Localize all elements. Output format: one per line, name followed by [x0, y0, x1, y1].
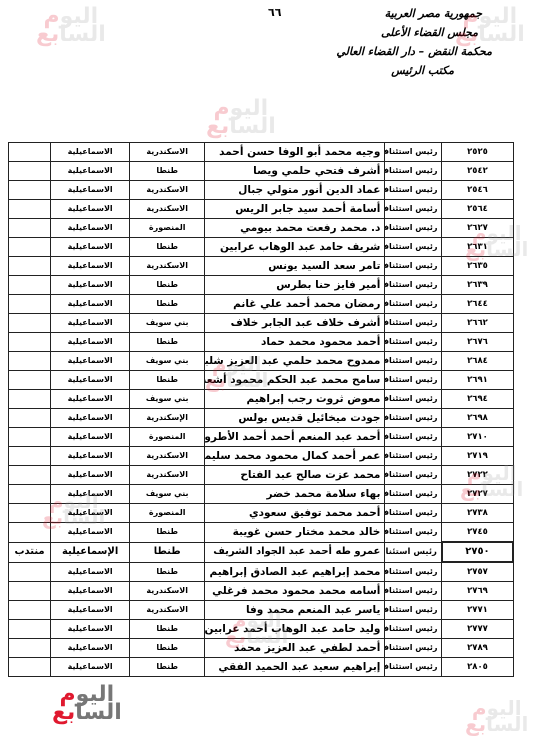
- watermark-text: السا: [486, 712, 528, 736]
- watermark-text: اليو: [230, 96, 269, 121]
- judge-name-cell: معوض ثروت رجب إبراهيم: [205, 390, 385, 409]
- judge-title-cell: رئيس استئناف: [385, 523, 442, 543]
- note-cell: [9, 314, 51, 333]
- judges-table-body: ٢٥٢٥رئيس استئنافوجيه محمد أبو الوفا حسن …: [9, 143, 514, 677]
- destination-court-cell: الاسماعيلية: [51, 181, 130, 200]
- judges-table: ٢٥٢٥رئيس استئنافوجيه محمد أبو الوفا حسن …: [8, 142, 514, 677]
- seniority-number-cell: ٢٦٩٨: [442, 409, 513, 428]
- table-row: ٢٧٤٥رئيس استئنافخالد محمد مختار حسن غويب…: [9, 523, 514, 543]
- judge-title-cell: رئيس استئناف: [385, 428, 442, 447]
- judge-name-cell: إبراهيم سعيد عبد الحميد الفقي: [205, 658, 385, 677]
- destination-court-cell: الاسماعيلية: [51, 620, 130, 639]
- origin-court-cell: طنطا: [130, 620, 205, 639]
- destination-court-cell: الاسماعيلية: [51, 466, 130, 485]
- note-cell: [9, 562, 51, 582]
- judge-name-cell: أسامة أحمد سيد جابر الريس: [205, 200, 385, 219]
- origin-court-cell: طنطا: [130, 562, 205, 582]
- seniority-number-cell: ٢٧٦٩: [442, 582, 513, 601]
- table-row: ٢٧٢٢رئيس استئنافمحمد عزت صالح عبد الفتاح…: [9, 466, 514, 485]
- destination-court-cell: الاسماعيلية: [51, 295, 130, 314]
- origin-court-cell: الاسكندرية: [130, 582, 205, 601]
- watermark-accent: م: [472, 696, 487, 720]
- watermark-accent: بع: [36, 22, 59, 47]
- note-cell: [9, 620, 51, 639]
- judge-name-cell: ممدوح محمد حلمي عبد العزيز شلبي: [205, 352, 385, 371]
- watermark-logo: اليوم السابع: [465, 700, 528, 733]
- table-row: ٢٨٠٥رئيس استئنافإبراهيم سعيد عبد الحميد …: [9, 658, 514, 677]
- note-cell: [9, 447, 51, 466]
- judge-title-cell: رئيس استئناف: [385, 466, 442, 485]
- judge-title-cell: رئيس استئناف: [385, 162, 442, 181]
- seniority-number-cell: ٢٦٩٤: [442, 390, 513, 409]
- table-row: ٢٦٩٨رئيس استئنافجودت ميخائيل قديس بولسال…: [9, 409, 514, 428]
- table-row: ٢٧٣٨رئيس استئنافأحمد محمد توفيق سعوديالم…: [9, 504, 514, 523]
- table-row: ٢٥٢٥رئيس استئنافوجيه محمد أبو الوفا حسن …: [9, 143, 514, 162]
- table-row: ٢٦٨٤رئيس استئنافممدوح محمد حلمي عبد العز…: [9, 352, 514, 371]
- destination-court-cell: الاسماعيلية: [51, 562, 130, 582]
- table-row: ٢٧٢٧رئيس استئنافبهاء سلامة محمد خضربني س…: [9, 485, 514, 504]
- judge-name-cell: أشرف فتحي حلمي ويصا: [205, 162, 385, 181]
- destination-court-cell: الاسماعيلية: [51, 658, 130, 677]
- destination-court-cell: الاسماعيلية: [51, 601, 130, 620]
- note-cell: [9, 257, 51, 276]
- origin-court-cell: طنطا: [130, 238, 205, 257]
- seniority-number-cell: ٢٧٤٥: [442, 523, 513, 543]
- origin-court-cell: الاسكندرية: [130, 257, 205, 276]
- judge-name-cell: بهاء سلامة محمد خضر: [205, 485, 385, 504]
- note-cell: [9, 181, 51, 200]
- table-row: ٢٧٧٧رئيس استئنافوليد حامد عبد الوهاب أحم…: [9, 620, 514, 639]
- note-cell: [9, 200, 51, 219]
- seniority-number-cell: ٢٦٣٩: [442, 276, 513, 295]
- destination-court-cell: الاسماعيلية: [51, 219, 130, 238]
- judge-title-cell: رئيس استئناف: [385, 658, 442, 677]
- origin-court-cell: المنصورة: [130, 219, 205, 238]
- judge-name-cell: عمرو طه أحمد عبد الجواد الشريف: [205, 542, 385, 562]
- watermark-accent: م: [44, 4, 60, 29]
- table-row: ٢٥٤٢رئيس استئنافأشرف فتحي حلمي ويصاطنطاا…: [9, 162, 514, 181]
- header-country: جمهورية مصر العربية: [282, 4, 482, 23]
- header-council: مجلس القضاء الأعلى: [282, 23, 478, 42]
- destination-court-cell: الاسماعيلية: [51, 485, 130, 504]
- origin-court-cell: الاسكندرية: [130, 447, 205, 466]
- judge-name-cell: د. محمد رفعت محمد بيومي: [205, 219, 385, 238]
- origin-court-cell: طنطا: [130, 333, 205, 352]
- watermark-text: اليو: [60, 4, 99, 29]
- table-row: ٢٦٣٥رئيس استئنافتامر سعد السيد يونسالاسك…: [9, 257, 514, 276]
- judge-name-cell: سامح محمد عبد الحكم محمود أشعث: [205, 371, 385, 390]
- judge-title-cell: رئيس استئناف: [385, 409, 442, 428]
- judge-name-cell: أمير فايز حنا بطرس: [205, 276, 385, 295]
- watermark-logo: اليوم السابع: [36, 8, 106, 44]
- seniority-number-cell: ٢٦٦٢: [442, 314, 513, 333]
- seniority-number-cell: ٢٦٧٦: [442, 333, 513, 352]
- note-cell: [9, 658, 51, 677]
- seniority-number-cell: ٢٧٢٧: [442, 485, 513, 504]
- watermark-accent: بع: [465, 712, 486, 736]
- seniority-number-cell: ٢٧١٠: [442, 428, 513, 447]
- destination-court-cell: الاسماعيلية: [51, 162, 130, 181]
- seniority-number-cell: ٢٦٨٤: [442, 352, 513, 371]
- note-cell: [9, 143, 51, 162]
- judge-name-cell: ياسر عبد المنعم محمد وفا: [205, 601, 385, 620]
- watermark-logo-overlay: اليوم السابع: [52, 686, 122, 722]
- origin-court-cell: الاسكندرية: [130, 601, 205, 620]
- note-cell: [9, 639, 51, 658]
- header-court: محكمة النقض – دار القضاء العالي: [282, 42, 492, 61]
- table-row: ٢٦٢٧رئيس استئنافد. محمد رفعت محمد بيوميا…: [9, 219, 514, 238]
- note-cell: [9, 409, 51, 428]
- judge-name-cell: شريف حامد عبد الوهاب عرابين: [205, 238, 385, 257]
- note-cell: [9, 428, 51, 447]
- destination-court-cell: الاسماعيلية: [51, 333, 130, 352]
- judge-name-cell: وجيه محمد أبو الوفا حسن أحمد: [205, 143, 385, 162]
- document-header: جمهورية مصر العربية مجلس القضاء الأعلى م…: [282, 4, 482, 80]
- judge-title-cell: رئيس استئناف: [385, 582, 442, 601]
- judge-name-cell: أحمد لطفي عبد العزيز محمد: [205, 639, 385, 658]
- judge-title-cell: رئيس استئناف: [385, 485, 442, 504]
- note-cell: [9, 238, 51, 257]
- origin-court-cell: الإسكندرية: [130, 409, 205, 428]
- judge-name-cell: أشرف خلاف عبد الجابر خلاف: [205, 314, 385, 333]
- origin-court-cell: الاسكندرية: [130, 181, 205, 200]
- table-row: ٢٧٥٠رئيس استئنافعمرو طه أحمد عبد الجواد …: [9, 542, 514, 562]
- judge-title-cell: رئيس استئناف: [385, 219, 442, 238]
- destination-court-cell: الاسماعيلية: [51, 143, 130, 162]
- table-row: ٢٧١٩رئيس استئنافعمر أحمد كمال محمود محمد…: [9, 447, 514, 466]
- table-row: ٢٥٦٤رئيس استئنافأسامة أحمد سيد جابر الري…: [9, 200, 514, 219]
- destination-court-cell: الاسماعيلية: [51, 314, 130, 333]
- table-row: ٢٥٤٦رئيس استئنافعماد الدين أنور متولي جب…: [9, 181, 514, 200]
- judge-name-cell: عماد الدين أنور متولي جبال: [205, 181, 385, 200]
- table-row: ٢٧١٠رئيس استئنافأحمد عبد المنعم أحمد أحم…: [9, 428, 514, 447]
- seniority-number-cell: ٢٧٣٨: [442, 504, 513, 523]
- note-cell: [9, 485, 51, 504]
- table-row: ٢٦٦٢رئيس استئنافأشرف خلاف عبد الجابر خلا…: [9, 314, 514, 333]
- destination-court-cell: الاسماعيلية: [51, 257, 130, 276]
- judge-name-cell: جودت ميخائيل قديس بولس: [205, 409, 385, 428]
- origin-court-cell: بني سويف: [130, 390, 205, 409]
- note-cell: [9, 582, 51, 601]
- watermark-logo: اليوم السابع: [206, 100, 276, 136]
- seniority-number-cell: ٢٧٧١: [442, 601, 513, 620]
- judge-title-cell: رئيس استئناف: [385, 143, 442, 162]
- seniority-number-cell: ٢٦٣١: [442, 238, 513, 257]
- origin-court-cell: طنطا: [130, 523, 205, 543]
- watermark-text: اليو: [76, 682, 115, 707]
- note-cell: [9, 352, 51, 371]
- origin-court-cell: بني سويف: [130, 485, 205, 504]
- note-cell: [9, 333, 51, 352]
- seniority-number-cell: ٢٨٠٥: [442, 658, 513, 677]
- judge-name-cell: محمد عزت صالح عبد الفتاح: [205, 466, 385, 485]
- seniority-number-cell: ٢٧٥٠: [442, 542, 513, 562]
- seniority-number-cell: ٢٦٤٤: [442, 295, 513, 314]
- destination-court-cell: الاسماعيلية: [51, 390, 130, 409]
- note-cell: [9, 601, 51, 620]
- origin-court-cell: طنطا: [130, 295, 205, 314]
- table-row: ٢٦٧٦رئيس استئنافأحمد محمود محمد حمادطنطا…: [9, 333, 514, 352]
- watermark-text: اليو: [487, 696, 522, 720]
- origin-court-cell: المنصورة: [130, 504, 205, 523]
- seniority-number-cell: ٢٥٤٢: [442, 162, 513, 181]
- seniority-number-cell: ٢٧٢٢: [442, 466, 513, 485]
- table-row: ٢٧٧١رئيس استئنافياسر عبد المنعم محمد وفا…: [9, 601, 514, 620]
- judge-name-cell: أحمد عبد المنعم أحمد أحمد الأطروش: [205, 428, 385, 447]
- origin-court-cell: طنطا: [130, 542, 205, 562]
- seniority-number-cell: ٢٧٥٧: [442, 562, 513, 582]
- judge-title-cell: رئيس استئناف: [385, 542, 442, 562]
- seniority-number-cell: ٢٧١٩: [442, 447, 513, 466]
- note-cell: [9, 371, 51, 390]
- judge-name-cell: تامر سعد السيد يونس: [205, 257, 385, 276]
- origin-court-cell: المنصورة: [130, 428, 205, 447]
- table-row: ٢٧٦٩رئيس استئنافأسامه محمد محمود محمد فر…: [9, 582, 514, 601]
- judge-name-cell: أسامه محمد محمود محمد فرغلي: [205, 582, 385, 601]
- origin-court-cell: طنطا: [130, 162, 205, 181]
- origin-court-cell: الاسكندرية: [130, 466, 205, 485]
- judge-title-cell: رئيس استئناف: [385, 333, 442, 352]
- destination-court-cell: الاسماعيلية: [51, 447, 130, 466]
- note-cell: [9, 466, 51, 485]
- document-page: جمهورية مصر العربية مجلس القضاء الأعلى م…: [0, 0, 550, 748]
- judge-name-cell: أحمد محمد توفيق سعودي: [205, 504, 385, 523]
- judge-title-cell: رئيس استئناف: [385, 390, 442, 409]
- watermark-text: السا: [229, 114, 275, 139]
- watermark-text: السا: [59, 22, 105, 47]
- judge-name-cell: وليد حامد عبد الوهاب أحمد عرابين: [205, 620, 385, 639]
- destination-court-cell: الاسماعيلية: [51, 352, 130, 371]
- watermark-accent: م: [60, 682, 76, 707]
- judge-name-cell: أحمد محمود محمد حماد: [205, 333, 385, 352]
- destination-court-cell: الاسماعيلية: [51, 582, 130, 601]
- seniority-number-cell: ٢٥٦٤: [442, 200, 513, 219]
- origin-court-cell: طنطا: [130, 371, 205, 390]
- table-row: ٢٧٥٧رئيس استئنافمحمد إبراهيم عبد الصادق …: [9, 562, 514, 582]
- judge-title-cell: رئيس استئناف: [385, 200, 442, 219]
- header-office: مكتب الرئيس: [282, 61, 454, 80]
- watermark-accent: م: [214, 96, 230, 121]
- page-number: ٦٦: [268, 6, 281, 19]
- seniority-number-cell: ٢٥٤٦: [442, 181, 513, 200]
- note-cell: [9, 162, 51, 181]
- judge-title-cell: رئيس استئناف: [385, 295, 442, 314]
- seniority-number-cell: ٢٧٨٩: [442, 639, 513, 658]
- destination-court-cell: الإسماعيلية: [51, 542, 130, 562]
- note-cell: منتدب: [9, 542, 51, 562]
- origin-court-cell: بني سويف: [130, 314, 205, 333]
- origin-court-cell: طنطا: [130, 639, 205, 658]
- seniority-number-cell: ٢٦٩١: [442, 371, 513, 390]
- table-row: ٢٧٨٩رئيس استئنافأحمد لطفي عبد العزيز محم…: [9, 639, 514, 658]
- destination-court-cell: الاسماعيلية: [51, 238, 130, 257]
- destination-court-cell: الاسماعيلية: [51, 639, 130, 658]
- destination-court-cell: الاسماعيلية: [51, 200, 130, 219]
- judge-name-cell: محمد إبراهيم عبد الصادق إبراهيم: [205, 562, 385, 582]
- judge-name-cell: رمضان محمد أحمد علي غانم: [205, 295, 385, 314]
- judge-name-cell: عمر أحمد كمال محمود محمد سليمان: [205, 447, 385, 466]
- judge-title-cell: رئيس استئناف: [385, 447, 442, 466]
- judge-title-cell: رئيس استئناف: [385, 562, 442, 582]
- watermark-text: اليو: [479, 4, 518, 29]
- table-row: ٢٦٩١رئيس استئنافسامح محمد عبد الحكم محمو…: [9, 371, 514, 390]
- watermark-text: السا: [75, 700, 121, 725]
- judge-title-cell: رئيس استئناف: [385, 181, 442, 200]
- destination-court-cell: الاسماعيلية: [51, 371, 130, 390]
- table-row: ٢٦٣٩رئيس استئنافأمير فايز حنا بطرسطنطاال…: [9, 276, 514, 295]
- judge-title-cell: رئيس استئناف: [385, 238, 442, 257]
- seniority-number-cell: ٢٦٢٧: [442, 219, 513, 238]
- watermark-accent: بع: [52, 700, 75, 725]
- table-row: ٢٦٤٤رئيس استئنافرمضان محمد أحمد علي غانم…: [9, 295, 514, 314]
- judge-title-cell: رئيس استئناف: [385, 601, 442, 620]
- origin-court-cell: الاسكندرية: [130, 143, 205, 162]
- watermark-accent: بع: [206, 114, 229, 139]
- destination-court-cell: الاسماعيلية: [51, 409, 130, 428]
- judge-name-cell: خالد محمد مختار حسن غويبة: [205, 523, 385, 543]
- judge-title-cell: رئيس استئناف: [385, 371, 442, 390]
- judge-title-cell: رئيس استئناف: [385, 352, 442, 371]
- note-cell: [9, 523, 51, 543]
- origin-court-cell: الاسكندرية: [130, 200, 205, 219]
- judge-title-cell: رئيس استئناف: [385, 639, 442, 658]
- destination-court-cell: الاسماعيلية: [51, 504, 130, 523]
- judge-title-cell: رئيس استئناف: [385, 314, 442, 333]
- destination-court-cell: الاسماعيلية: [51, 276, 130, 295]
- destination-court-cell: الاسماعيلية: [51, 523, 130, 543]
- table-row: ٢٦٣١رئيس استئنافشريف حامد عبد الوهاب عرا…: [9, 238, 514, 257]
- table-row: ٢٦٩٤رئيس استئنافمعوض ثروت رجب إبراهيمبني…: [9, 390, 514, 409]
- origin-court-cell: طنطا: [130, 276, 205, 295]
- judge-title-cell: رئيس استئناف: [385, 276, 442, 295]
- seniority-number-cell: ٢٦٣٥: [442, 257, 513, 276]
- judge-title-cell: رئيس استئناف: [385, 620, 442, 639]
- note-cell: [9, 504, 51, 523]
- origin-court-cell: بني سويف: [130, 352, 205, 371]
- note-cell: [9, 276, 51, 295]
- destination-court-cell: الاسماعيلية: [51, 428, 130, 447]
- seniority-number-cell: ٢٥٢٥: [442, 143, 513, 162]
- origin-court-cell: طنطا: [130, 658, 205, 677]
- note-cell: [9, 219, 51, 238]
- note-cell: [9, 295, 51, 314]
- judge-title-cell: رئيس استئناف: [385, 504, 442, 523]
- note-cell: [9, 390, 51, 409]
- seniority-number-cell: ٢٧٧٧: [442, 620, 513, 639]
- judge-title-cell: رئيس استئناف: [385, 257, 442, 276]
